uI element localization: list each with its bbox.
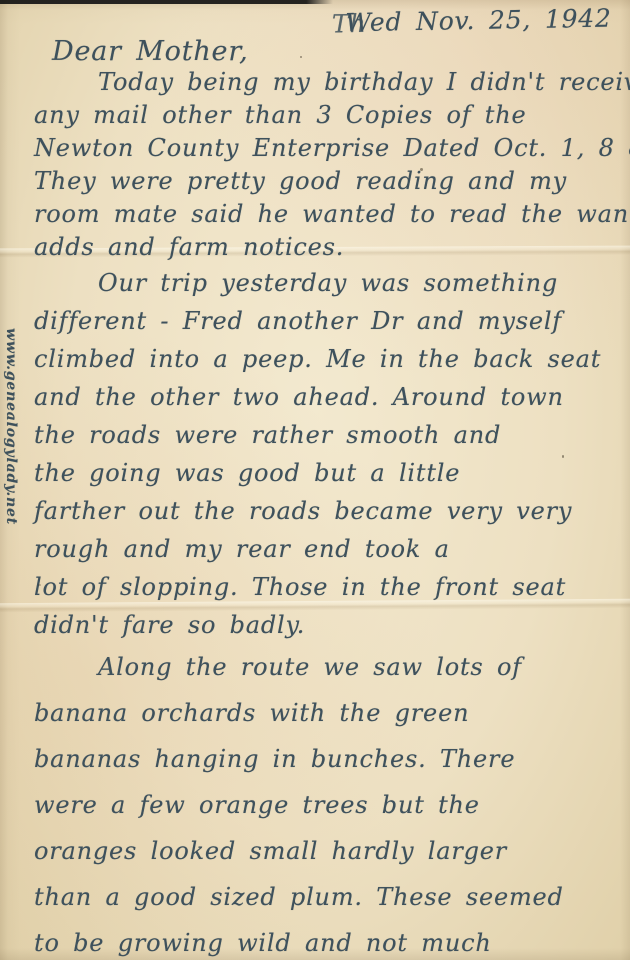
letter-line: and the other two ahead. Around town — [34, 378, 624, 416]
date-overwrite: Th — [332, 9, 367, 39]
letter-line: Along the route we saw lots of — [34, 644, 624, 690]
letter-line: adds and farm notices. — [34, 231, 624, 264]
letter-line: than a good sized plum. These seemed — [34, 874, 624, 920]
letter-line: Today being my birthday I didn't receive — [34, 66, 624, 99]
letter-line: different - Fred another Dr and myself — [34, 302, 624, 340]
paper-speck — [562, 455, 564, 458]
paper-speck — [420, 168, 423, 171]
letter-line: Newton County Enterprise Dated Oct. 1, 8… — [34, 132, 624, 165]
date-text: Wed Nov. 25, 1942 — [345, 4, 612, 38]
letter-line: oranges looked small hardly larger — [34, 828, 624, 874]
letter-line: any mail other than 3 Copies of the — [34, 99, 624, 132]
letter-line: room mate said he wanted to read the wan… — [34, 198, 624, 231]
paper-speck — [300, 56, 302, 58]
letter-body: Today being my birthday I didn't receive… — [34, 66, 624, 960]
letter-line: They were pretty good reading and my — [34, 165, 624, 198]
letter-line: bananas hanging in bunches. There — [34, 736, 624, 782]
letter-line: the roads were rather smooth and — [34, 416, 624, 454]
paragraph: Along the route we saw lots ofbanana orc… — [34, 644, 624, 960]
watermark: www.genealogylady.net — [3, 328, 19, 628]
scanner-edge-artifact — [0, 0, 333, 4]
paper-speck — [38, 584, 41, 586]
letter-line: Our trip yesterday was something — [34, 264, 624, 302]
paragraph: Our trip yesterday was somethingdifferen… — [34, 264, 624, 644]
paragraph: Today being my birthday I didn't receive… — [34, 66, 624, 264]
letter-line: farther out the roads became very very — [34, 492, 624, 530]
letter-line: were a few orange trees but the — [34, 782, 624, 828]
letter-scan: www.genealogylady.net ThWed Nov. 25, 194… — [0, 0, 630, 960]
salutation: Dear Mother, — [52, 36, 248, 67]
date-line: ThWed Nov. 25, 1942 — [335, 4, 612, 38]
letter-line: climbed into a peep. Me in the back seat — [34, 340, 624, 378]
letter-line: rough and my rear end took a — [34, 530, 624, 568]
letter-line: the going was good but a little — [34, 454, 624, 492]
letter-line: lot of slopping. Those in the front seat — [34, 568, 624, 606]
letter-line: didn't fare so badly. — [34, 606, 624, 644]
letter-line: to be growing wild and not much — [34, 920, 624, 960]
letter-line: banana orchards with the green — [34, 690, 624, 736]
